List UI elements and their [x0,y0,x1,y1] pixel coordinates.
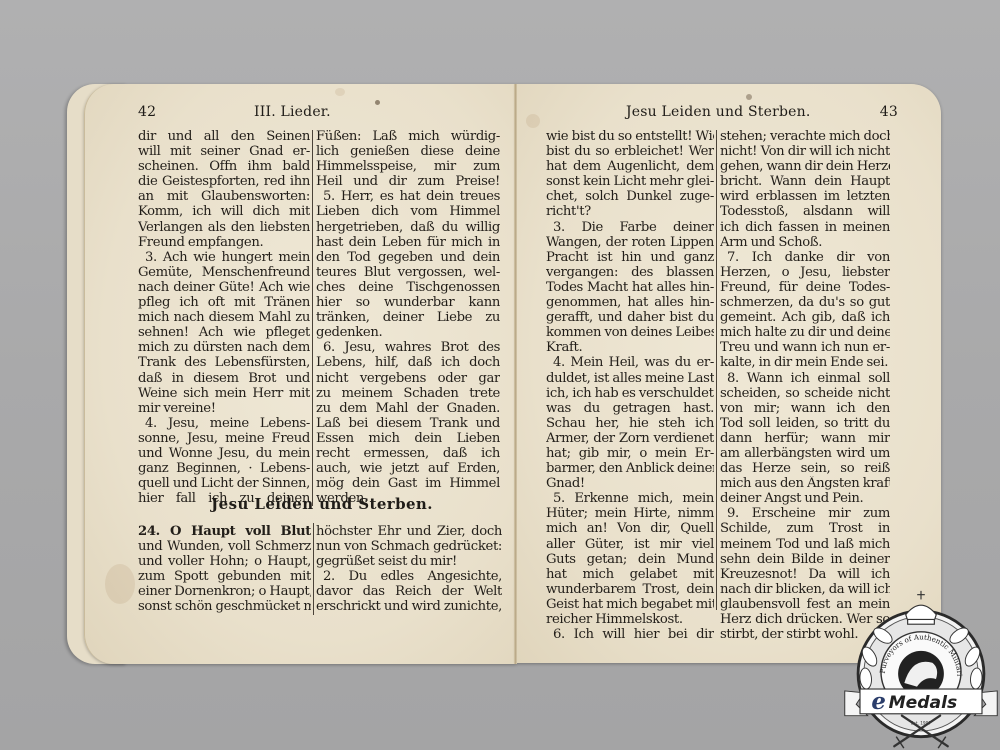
hymn-24-column-1: 24. O Haupt voll Blut und Wunden, voll S… [138,524,311,615]
section-title: Jesu Leiden und Sterben. [138,495,506,513]
column-rule-left-top [312,130,313,506]
right-page-header: Jesu Leiden und Sterben. 43 [566,104,898,124]
book-gutter [514,84,517,664]
badge-brand-e: e [871,689,886,715]
page-number-left: 42 [138,104,156,120]
badge-emblem-icon: Purveyors of Authentic Militaria e Medal… [842,588,1000,750]
badge-brand-name: Medals [889,693,958,713]
left-page-header: 42 III. Lieder. [138,104,498,124]
right-page-column-1: wie bist du so entstellt! Wie bist du so… [546,129,714,642]
emedals-watermark-badge: Purveyors of Authentic Militaria e Medal… [842,588,1000,750]
page-number-right: 43 [880,104,898,120]
running-head-right: Jesu Leiden und Sterben. [626,104,810,120]
left-page-column-1: dir und all den Seinen will mit seiner G… [138,129,310,506]
right-page-column-2: stehen; verachte mich doch nicht! Von di… [720,129,890,642]
left-page-column-2: Füßen: Laß mich würdig- lich genießen di… [316,129,500,506]
column-rule-left-bottom [313,523,314,615]
column-rule-right [716,130,717,610]
running-head-left: III. Lieder. [254,104,331,120]
hymn-24-column-2: höchster Ehr und Zier, doch nun von Schm… [316,524,502,615]
